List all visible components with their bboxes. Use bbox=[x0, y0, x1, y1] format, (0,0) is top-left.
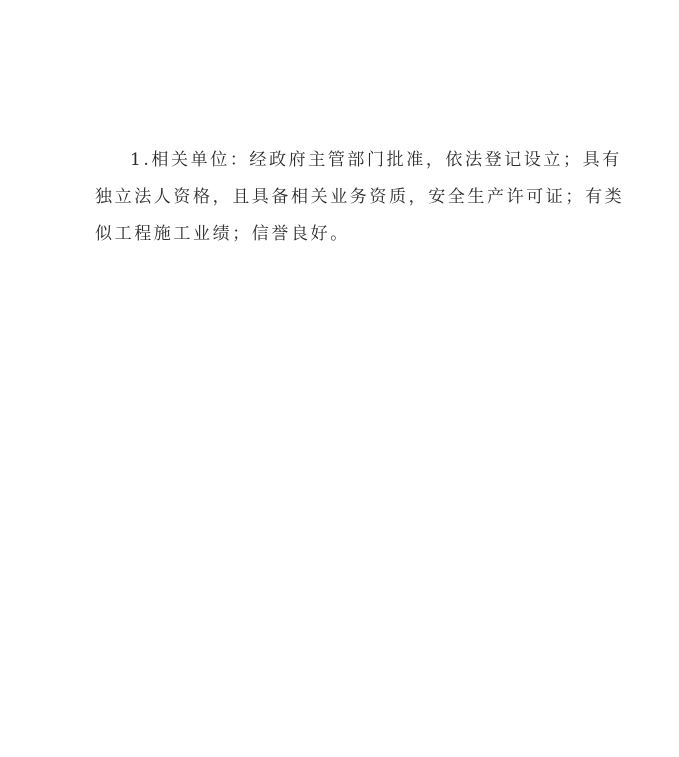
document-page: 1.相关单位：经政府主管部门批准，依法登记设立；具有 独立法人资格，且具备相关业… bbox=[0, 0, 679, 757]
requirement-1-line-3: 似工程施工业绩；信誉良好。 bbox=[95, 224, 595, 244]
requirement-1-line-1: 1.相关单位：经政府主管部门批准，依法登记设立；具有 bbox=[130, 150, 630, 170]
requirement-1-line-2: 独立法人资格，且具备相关业务资质，安全生产许可证；有类 bbox=[95, 187, 595, 207]
